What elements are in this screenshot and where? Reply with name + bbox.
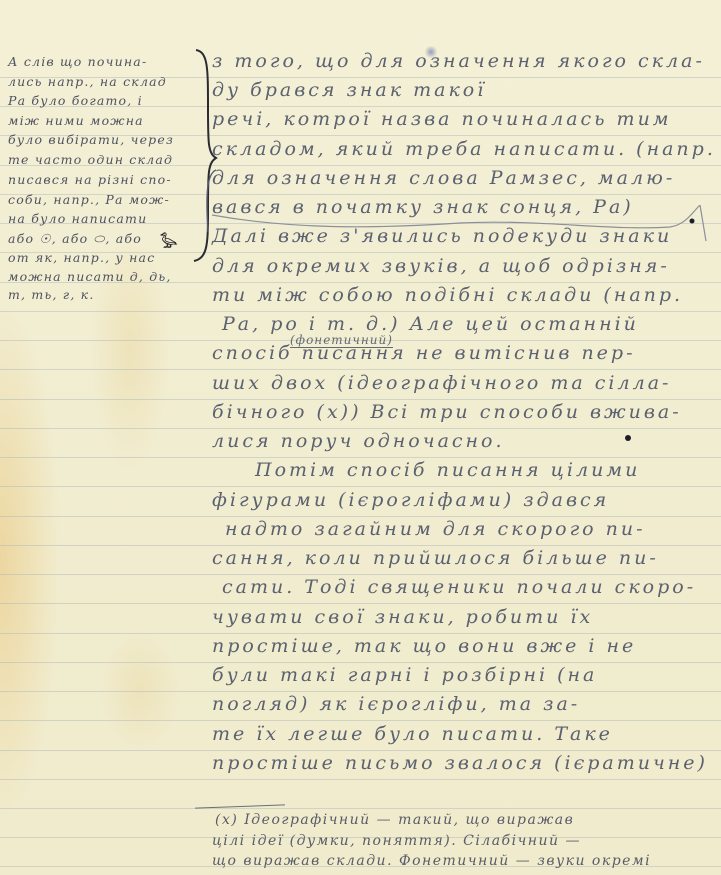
ruled-line	[0, 720, 721, 721]
paragraph-start-line: Потім спосіб писання цілими	[255, 459, 640, 481]
ruled-line	[0, 603, 721, 604]
text-line: спосіб писання не витіснив пер-	[212, 342, 636, 364]
margin-note-line: соби, напр., Ра мож-	[8, 192, 170, 207]
text-line: сати. Тоді священики почали скоро-	[222, 576, 696, 598]
ruled-line	[0, 662, 721, 663]
margin-note-line: лись напр., на склад	[8, 74, 167, 89]
ruled-line	[0, 457, 721, 458]
margin-note-line: Ра було богато, і	[8, 93, 143, 108]
ruled-line	[0, 486, 721, 487]
text-line: простіше, так що вони вже і не	[212, 635, 636, 657]
margin-note-line: було вибірати, через	[8, 132, 174, 147]
ruled-line	[0, 779, 721, 780]
text-line: фігурами (ієрогліфами) здався	[212, 489, 609, 511]
text-line: простіше письмо звалося (ієратичне)	[212, 752, 708, 774]
ink-dot	[625, 435, 631, 441]
margin-note-line: те часто один склад	[8, 152, 173, 167]
text-line: сання, коли прийшлося більше пи-	[212, 547, 659, 569]
text-line: ти між собою подібні склади (напр.	[212, 284, 683, 306]
text-line: лися поруч одночасно.	[212, 430, 505, 452]
margin-note-line: між ними можна	[8, 113, 144, 128]
text-line: те їх легше було писати. Таке	[212, 723, 613, 745]
ruled-line	[0, 691, 721, 692]
ruled-line	[0, 516, 721, 517]
ruled-line	[0, 399, 721, 400]
ruled-line	[0, 574, 721, 575]
text-line: складом, який треба написати. (напр.	[212, 138, 716, 160]
text-line: надто загайним для скорого пи-	[225, 518, 646, 540]
margin-note-line: А слів що почина-	[8, 54, 147, 69]
margin-note-line: можна писати д, дь,	[8, 269, 172, 284]
text-line: для окремих звуків, а щоб одрізня-	[212, 255, 670, 277]
text-line: бічного (x)) Всі три способи вжива-	[212, 401, 682, 423]
text-line: погляд) як ієрогліфи, та за-	[212, 693, 580, 715]
ruled-line	[0, 428, 721, 429]
text-line: Далі вже з'явились подекуди знаки	[212, 225, 672, 247]
text-line: для означення слова Рамзес, малю-	[212, 167, 675, 189]
ruled-line	[0, 750, 721, 751]
text-line: речі, котрої назва починалась тим	[212, 108, 672, 130]
margin-note-line: на було написати	[8, 211, 147, 226]
text-line: чувати свої знаки, робити їх	[212, 606, 593, 628]
ruled-line	[0, 808, 721, 809]
ruled-line	[0, 369, 721, 370]
manuscript-page: А слів що почина- лись напр., на склад Р…	[0, 0, 721, 875]
text-line: вався в початку знак сонця, Ра)	[212, 196, 634, 218]
ruled-line	[0, 311, 721, 312]
text-line: ду брався знак такої	[212, 79, 486, 101]
margin-note-line: т, ть, г, к.	[8, 287, 95, 302]
duck-glyph-icon: 𓅭	[160, 228, 177, 252]
footnote-line: (x) Ідеографічний — такий, що виражав	[215, 812, 574, 828]
footnote-line: що виражав склади. Фонетичний — звуки ок…	[212, 853, 651, 869]
margin-note-line: писався на різні спо-	[8, 172, 172, 187]
text-line: з того, що для означення якого скла-	[212, 50, 705, 72]
margin-note-line: от як, напр., у нас	[8, 250, 155, 265]
text-line: ших двох (ідеографічного та сілла-	[212, 372, 671, 394]
text-line: були такі гарні і розбірні (на	[212, 664, 597, 686]
footnote-line: цілі ідеї (думки, поняття). Сілабічний —	[212, 833, 581, 849]
ruled-line	[0, 633, 721, 634]
ruled-line	[0, 545, 721, 546]
margin-note-line: або ☉, або ⬭, або	[8, 231, 142, 247]
text-line: Ра, ро і т. д.) Але цей останній	[222, 313, 639, 335]
